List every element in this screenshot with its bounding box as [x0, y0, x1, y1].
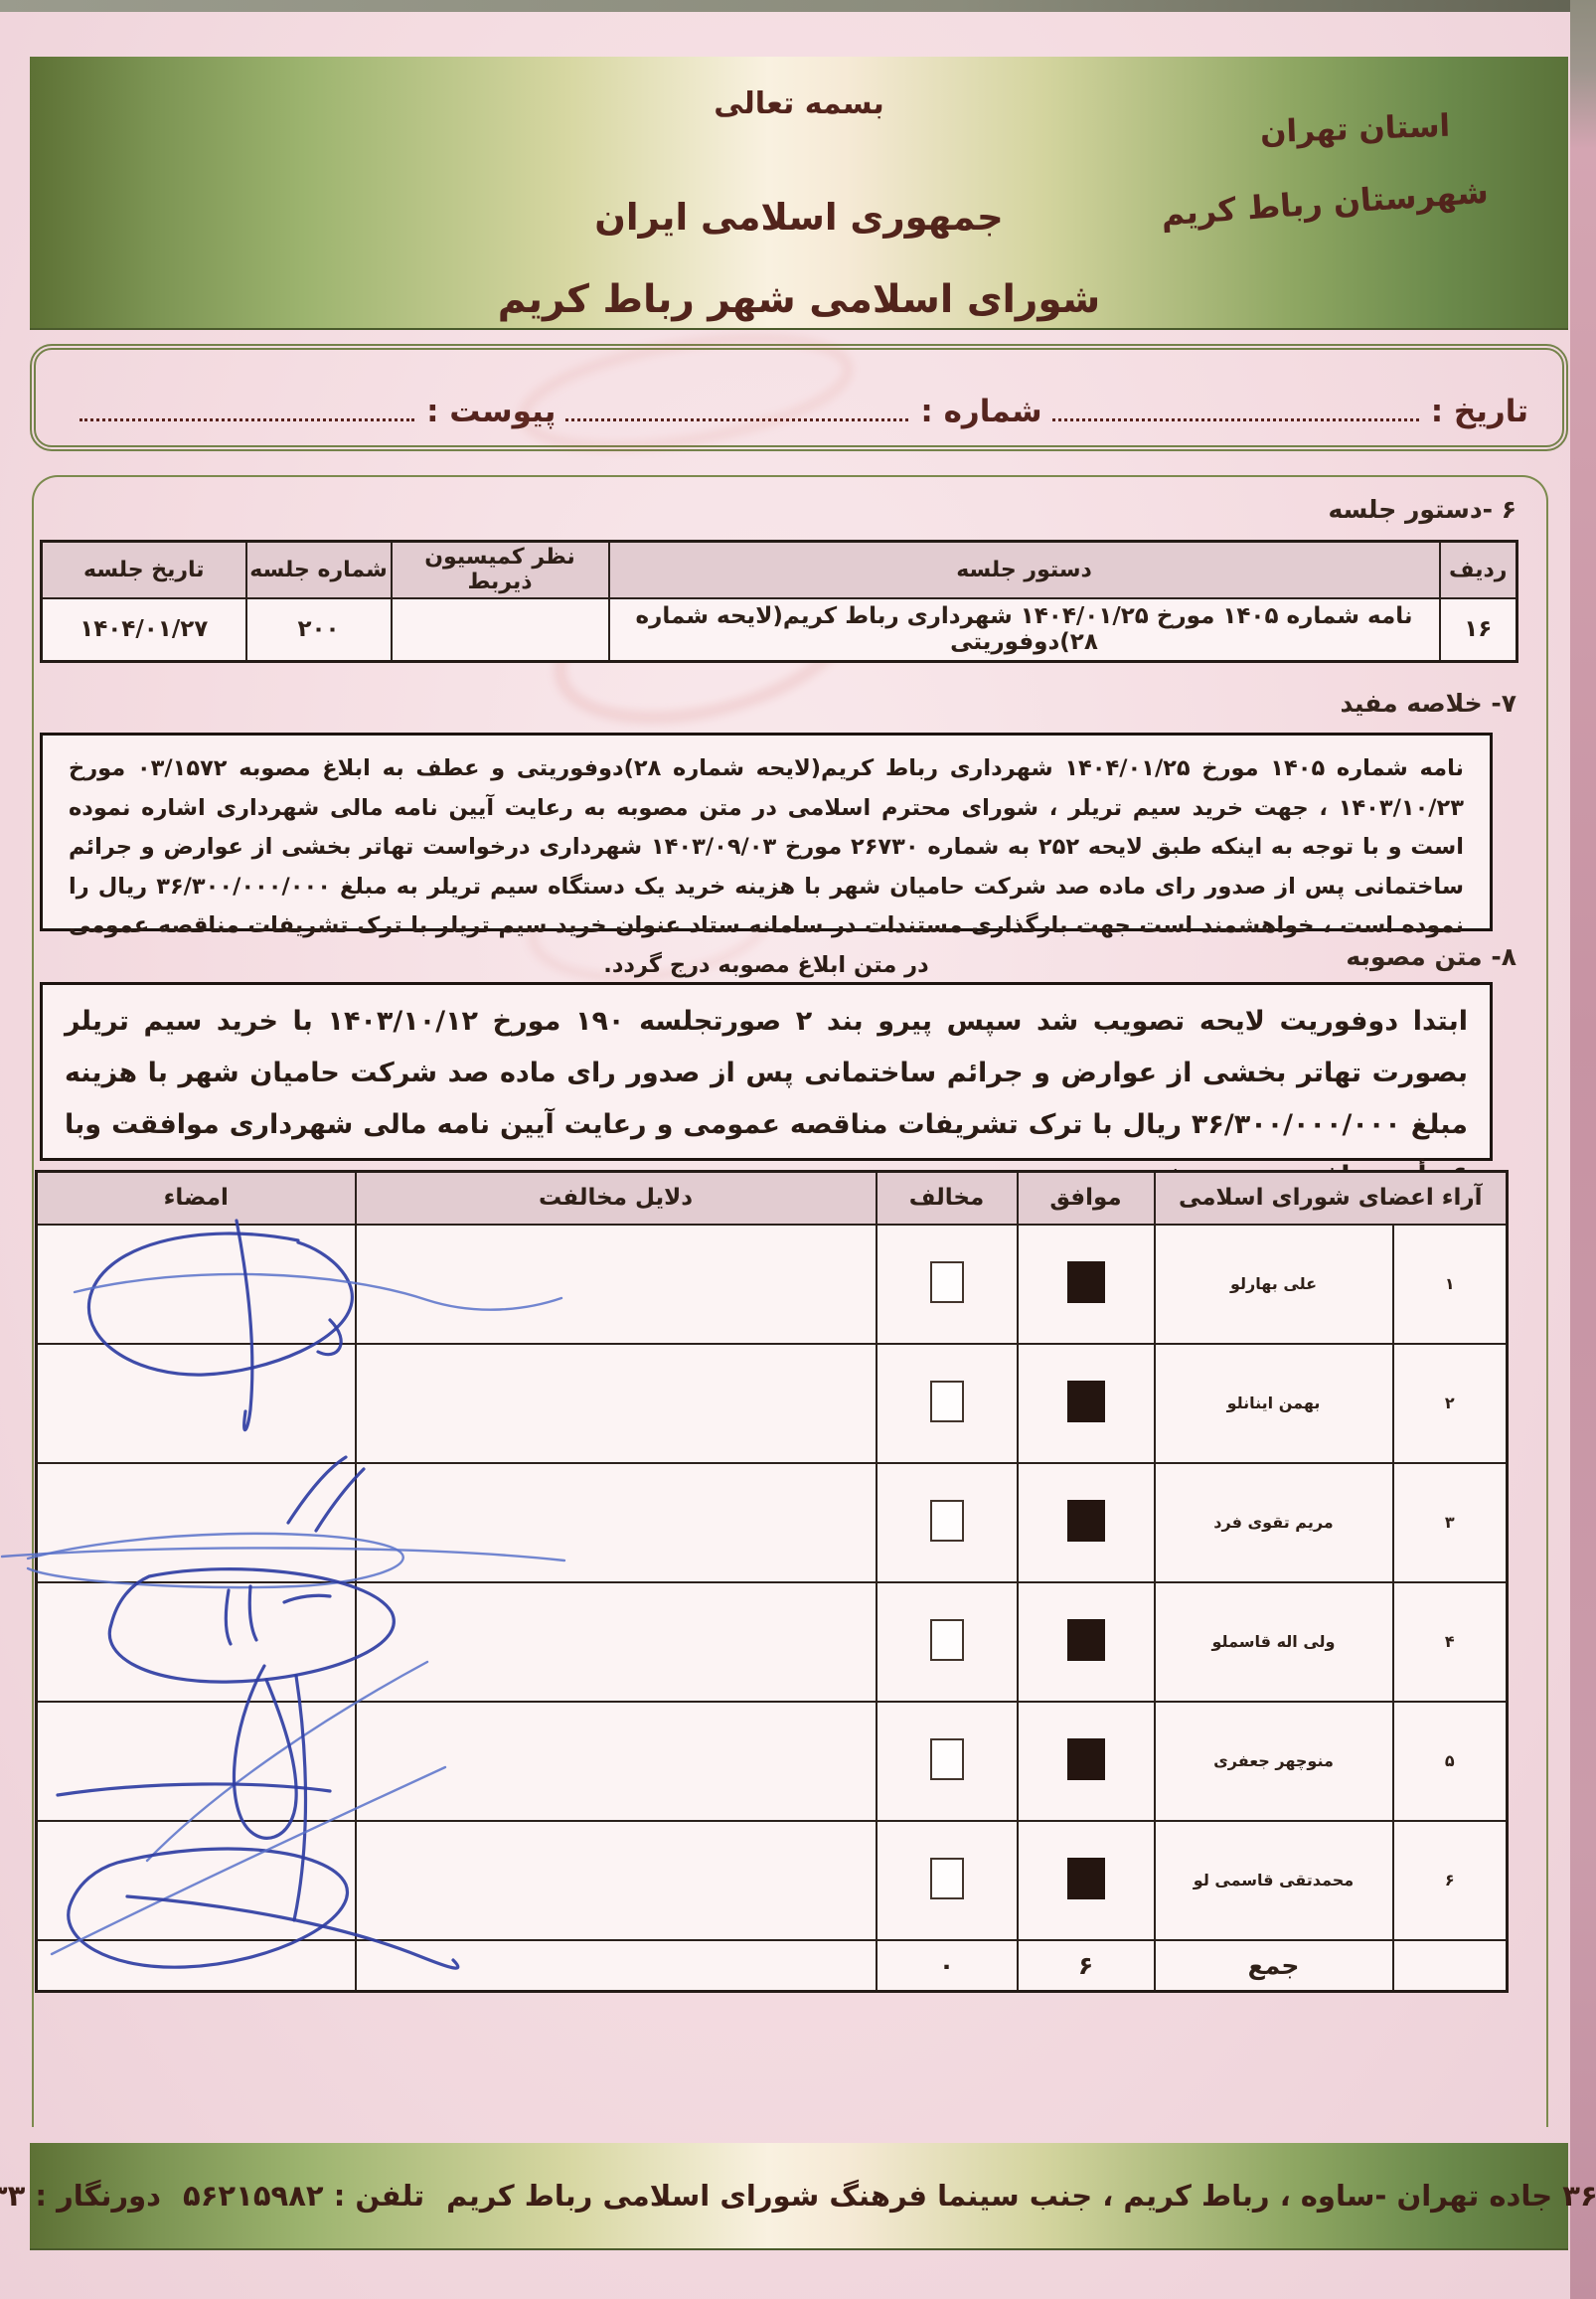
- member-number: ۳: [1393, 1463, 1508, 1582]
- resolution-text-box: ابتدا دوفوریت لایحه تصویب شد سپس پیرو بن…: [40, 982, 1493, 1161]
- date-label: تاریخ :: [1425, 394, 1528, 429]
- oppose-checkbox-empty[interactable]: [930, 1261, 964, 1303]
- attachment-fill-line: [80, 417, 414, 421]
- votes-header-reasons: دلایل مخالفت: [356, 1172, 877, 1225]
- totals-oppose-count: ۰: [877, 1940, 1018, 1992]
- votes-table: آراء اعضای شورای اسلامی موافق مخالف دلای…: [35, 1170, 1509, 1993]
- member-row: ۵ منوچهر جعفری: [37, 1702, 1508, 1821]
- totals-agree-count: ۶: [1018, 1940, 1155, 1992]
- agenda-session-no-value: ۲۰۰: [246, 598, 392, 662]
- member-name: منوچهر جعفری: [1155, 1702, 1393, 1821]
- agree-checkbox-checked[interactable]: [1067, 1381, 1105, 1422]
- agenda-item-text: نامه شماره ۱۴۰۵ مورخ ۱۴۰۴/۰۱/۲۵ شهرداری …: [609, 598, 1440, 662]
- agree-checkbox-checked[interactable]: [1067, 1261, 1105, 1303]
- votes-header-signature: امضاء: [37, 1172, 356, 1225]
- member-name: مریم تقوی فرد: [1155, 1463, 1393, 1582]
- member-row: ۳ مریم تقوی فرد: [37, 1463, 1508, 1582]
- member-row: ۱ علی بهارلو: [37, 1225, 1508, 1344]
- member-row: ۶ محمدتقی قاسمی لو: [37, 1821, 1508, 1940]
- number-field-group: شماره :: [556, 394, 1041, 429]
- agree-checkbox-checked[interactable]: [1067, 1500, 1105, 1542]
- agree-checkbox-checked[interactable]: [1067, 1619, 1105, 1661]
- agree-checkbox-checked[interactable]: [1067, 1858, 1105, 1899]
- scan-top-edge: [0, 0, 1596, 12]
- oppose-checkbox-empty[interactable]: [930, 1500, 964, 1542]
- agenda-commission-value: [392, 598, 609, 662]
- member-name: محمدتقی قاسمی لو: [1155, 1821, 1393, 1940]
- signature-cell: [37, 1225, 356, 1344]
- totals-reasons-cell: [356, 1940, 877, 1992]
- oppose-checkbox-empty[interactable]: [930, 1738, 964, 1780]
- signature-cell: [37, 1463, 356, 1582]
- opposition-reasons-cell: [356, 1821, 877, 1940]
- votes-header-agree: موافق: [1018, 1172, 1155, 1225]
- opposition-reasons-cell: [356, 1702, 877, 1821]
- opposition-reasons-cell: [356, 1344, 877, 1463]
- agree-checkbox-checked[interactable]: [1067, 1738, 1105, 1780]
- agenda-header-agenda: دستور جلسه: [609, 542, 1440, 598]
- attachment-field-group: پیوست :: [70, 394, 556, 429]
- signature-cell: [37, 1821, 356, 1940]
- scanned-council-resolution-page: بسمه تعالی جمهوری اسلامی ایران شورای اسل…: [0, 0, 1596, 2299]
- member-name: بهمن اینانلو: [1155, 1344, 1393, 1463]
- votes-header-oppose: مخالف: [877, 1172, 1018, 1225]
- signature-cell: [37, 1702, 356, 1821]
- member-row: ۲ بهمن اینانلو: [37, 1344, 1508, 1463]
- member-row: ۴ ولی اله قاسملو: [37, 1582, 1508, 1702]
- agenda-table: ردیف دستور جلسه نظر کمیسیون ذیربط شماره …: [40, 540, 1518, 663]
- member-name: ولی اله قاسملو: [1155, 1582, 1393, 1702]
- votes-header-members: آراء اعضای شورای اسلامی: [1155, 1172, 1508, 1225]
- totals-signature-cell: [37, 1940, 356, 1992]
- council-title: شورای اسلامی شهر رباط کریم: [30, 277, 1568, 322]
- oppose-checkbox-empty[interactable]: [930, 1858, 964, 1899]
- agenda-radif-value: ۱۶: [1440, 598, 1517, 662]
- footer-fax: دورنگار : ۵۶۲۱۵۵۳۳: [0, 2179, 161, 2213]
- agenda-header-radif: ردیف: [1440, 542, 1517, 598]
- section6-title: ۶ -دستور جلسه: [1328, 495, 1516, 524]
- oppose-checkbox-empty[interactable]: [930, 1619, 964, 1661]
- footer-banner: کیلومتر ۳۶ جاده تهران -ساوه ، رباط کریم …: [30, 2143, 1568, 2250]
- member-number: ۴: [1393, 1582, 1508, 1702]
- footer-phone: تلفن : ۵۶۲۱۵۹۸۲: [183, 2179, 424, 2213]
- date-field-group: تاریخ :: [1042, 394, 1528, 429]
- member-number: ۲: [1393, 1344, 1508, 1463]
- totals-row: جمع ۶ ۰: [37, 1940, 1508, 1992]
- section8-title: ۸- متن مصوبه: [1346, 942, 1516, 971]
- agenda-header-session-date: تاریخ جلسه: [42, 542, 246, 598]
- section7-title: ۷- خلاصه مفید: [1341, 689, 1517, 718]
- member-number: ۵: [1393, 1702, 1508, 1821]
- signature-cell: [37, 1344, 356, 1463]
- meta-bar: تاریخ : شماره : پیوست :: [30, 344, 1568, 451]
- province-label: استان تهران: [1259, 108, 1450, 151]
- totals-label: جمع: [1155, 1940, 1393, 1992]
- footer-address: کیلومتر ۳۶ جاده تهران -ساوه ، رباط کریم …: [446, 2179, 1596, 2213]
- opposition-reasons-cell: [356, 1225, 877, 1344]
- opposition-reasons-cell: [356, 1582, 877, 1702]
- oppose-checkbox-empty[interactable]: [930, 1381, 964, 1422]
- member-number: ۶: [1393, 1821, 1508, 1940]
- totals-empty-number-cell: [1393, 1940, 1508, 1992]
- scan-right-edge: [1570, 0, 1596, 2299]
- agenda-data-row: ۱۶ نامه شماره ۱۴۰۵ مورخ ۱۴۰۴/۰۱/۲۵ شهردا…: [42, 598, 1517, 662]
- agenda-header-commission: نظر کمیسیون ذیربط: [392, 542, 609, 598]
- number-fill-line: [565, 417, 908, 421]
- header-banner: بسمه تعالی جمهوری اسلامی ایران شورای اسل…: [30, 57, 1568, 330]
- attachment-label: پیوست :: [420, 394, 556, 429]
- opposition-reasons-cell: [356, 1463, 877, 1582]
- signature-cell: [37, 1582, 356, 1702]
- member-number: ۱: [1393, 1225, 1508, 1344]
- votes-header-row: آراء اعضای شورای اسلامی موافق مخالف دلای…: [37, 1172, 1508, 1225]
- date-fill-line: [1052, 417, 1419, 421]
- number-label: شماره :: [914, 394, 1041, 429]
- agenda-header-session-no: شماره جلسه: [246, 542, 392, 598]
- agenda-session-date-value: ۱۴۰۴/۰۱/۲۷: [42, 598, 246, 662]
- member-name: علی بهارلو: [1155, 1225, 1393, 1344]
- agenda-header-row: ردیف دستور جلسه نظر کمیسیون ذیربط شماره …: [42, 542, 1517, 598]
- summary-text-box: نامه شماره ۱۴۰۵ مورخ ۱۴۰۴/۰۱/۲۵ شهرداری …: [40, 733, 1493, 931]
